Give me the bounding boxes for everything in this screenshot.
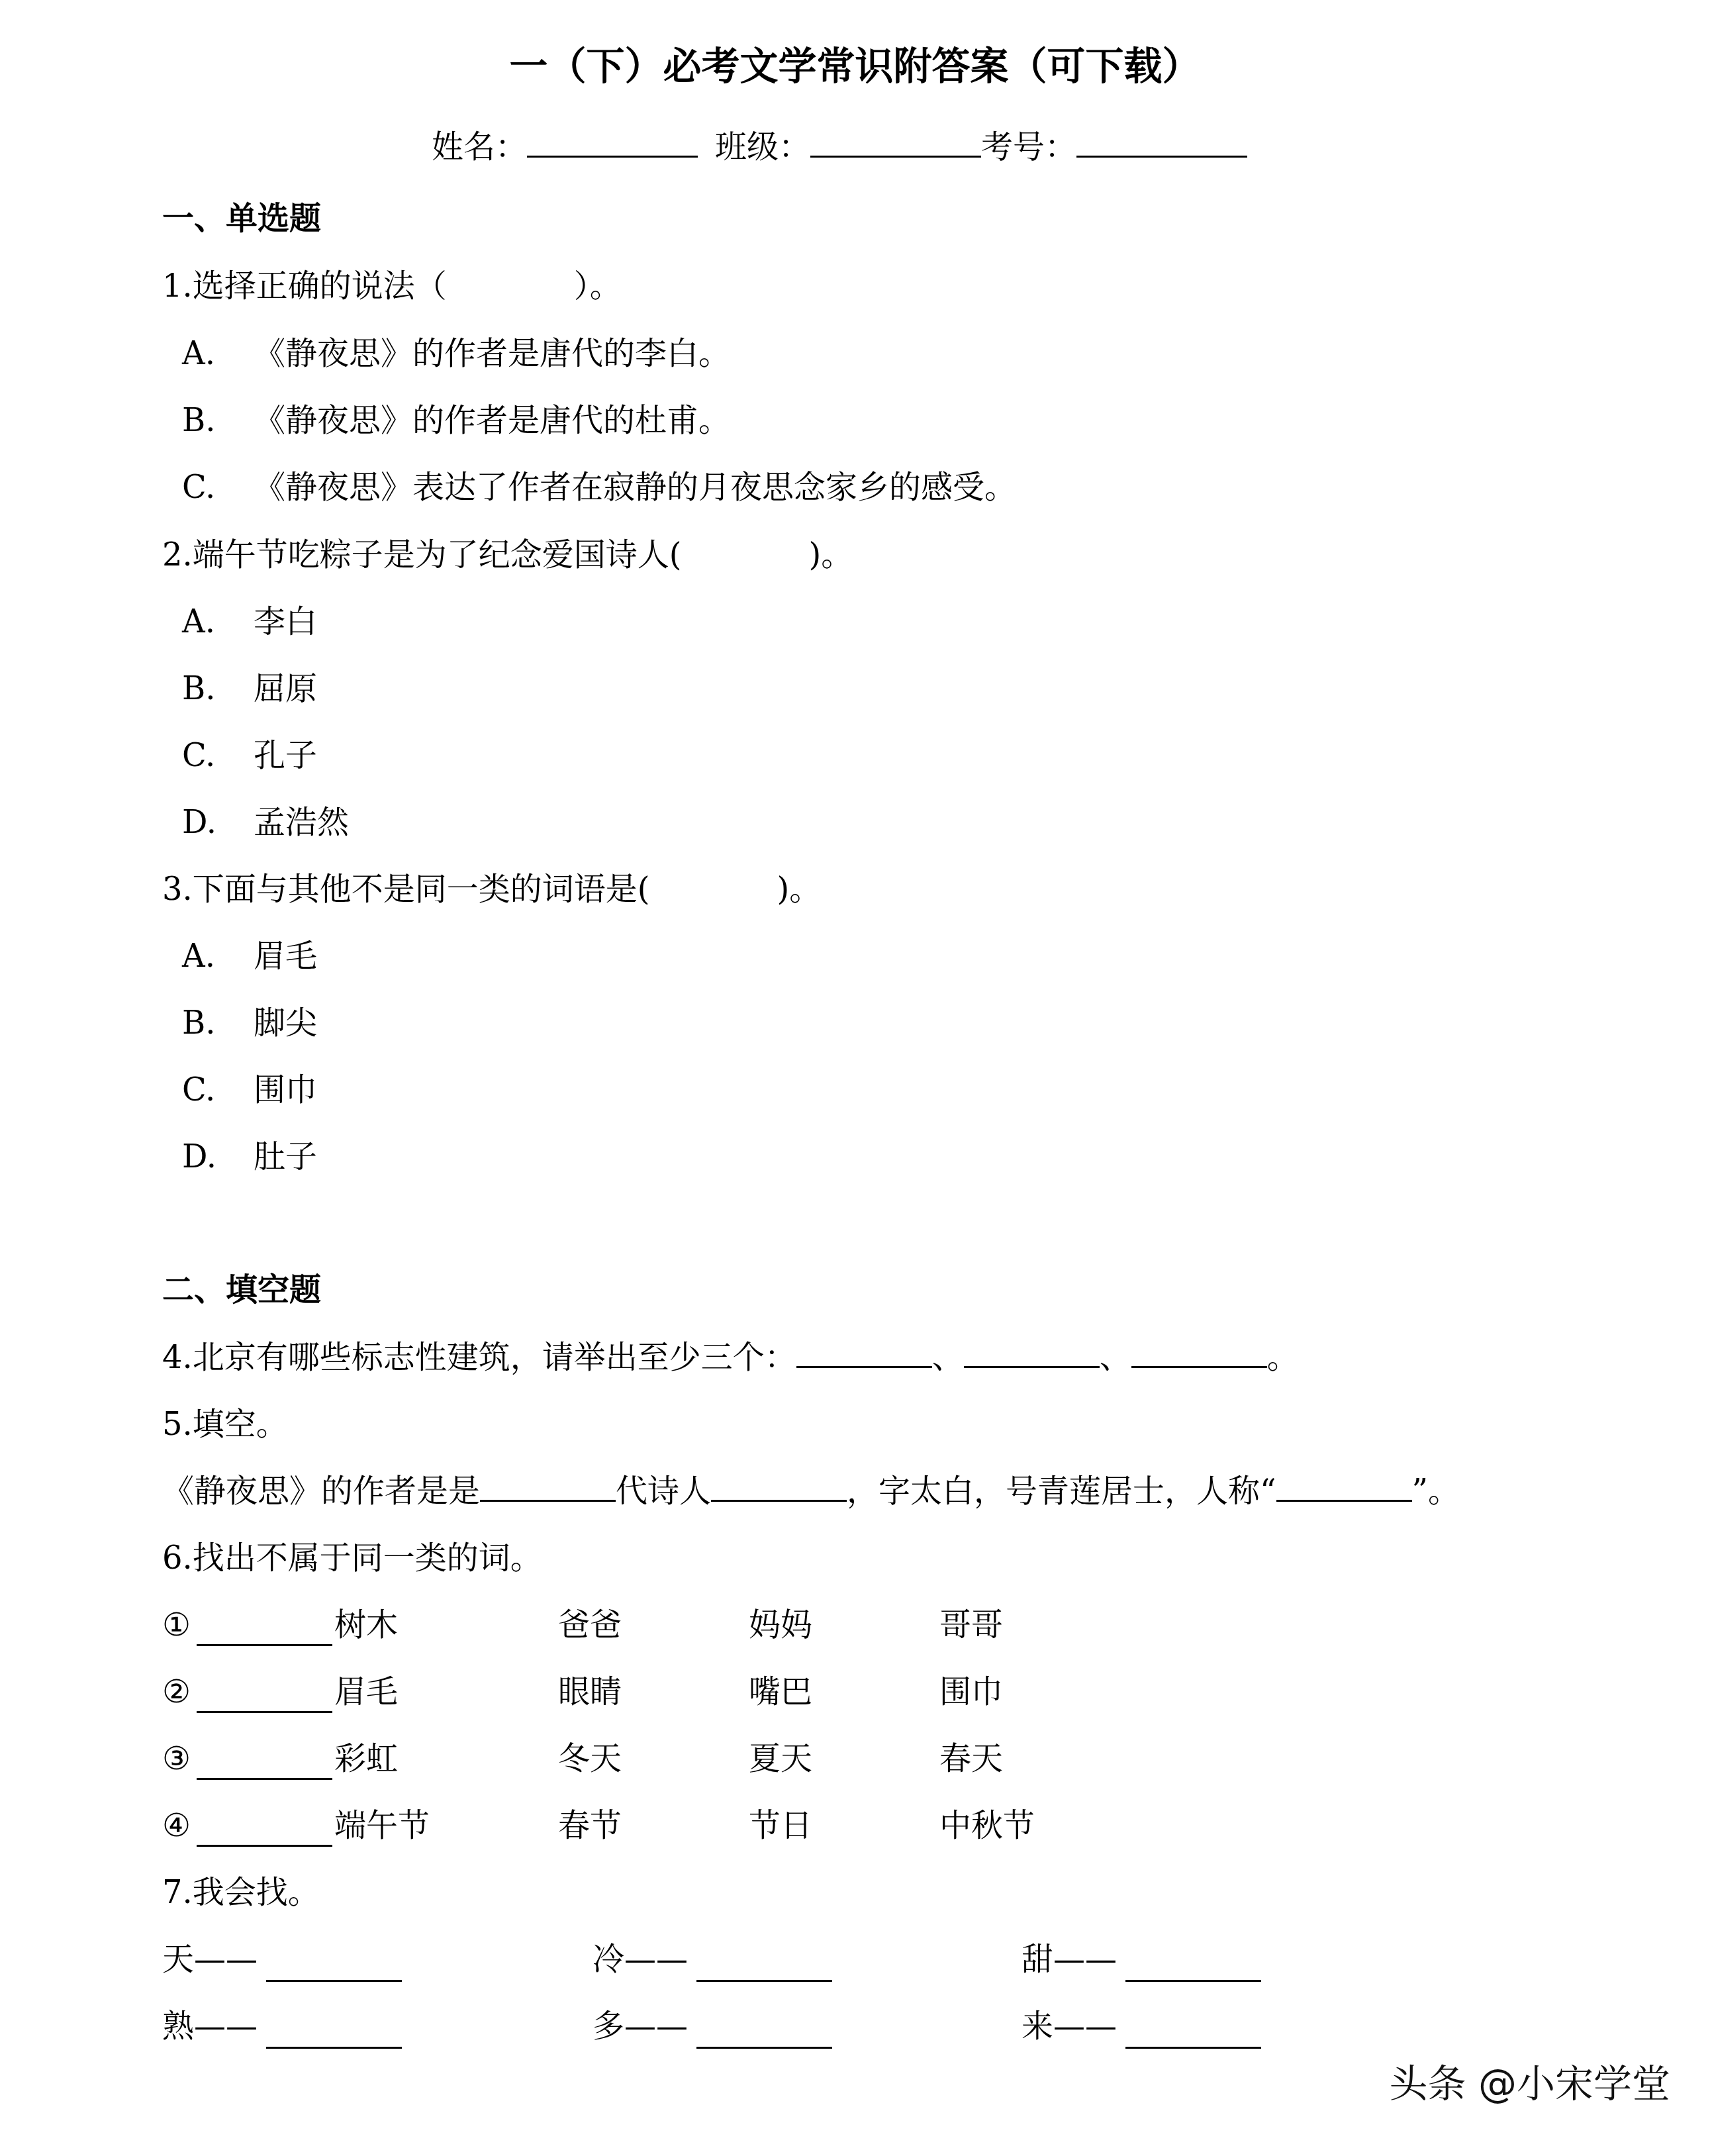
antonym-item: 熟—— — [162, 2005, 258, 2047]
antonym-item: 冷—— — [593, 1938, 688, 1981]
exam-number-label: 考号： — [981, 126, 1076, 168]
answer-blank[interactable] — [696, 1979, 832, 1982]
option-text: 孔子 — [254, 737, 317, 774]
word: 眉毛 — [334, 1671, 398, 1713]
section-heading-fill-blank: 二、填空题 — [162, 1269, 321, 1311]
text-segment: 代诗人 — [616, 1473, 711, 1510]
row-number: ① — [162, 1604, 191, 1646]
source-word: 冷 — [593, 1941, 624, 1978]
source-word: 天 — [162, 1941, 194, 1978]
word: 爸爸 — [558, 1604, 622, 1646]
option-letter: A. — [182, 601, 254, 643]
word: 冬天 — [558, 1738, 622, 1780]
antonym-row: 熟—— 多—— 来—— — [162, 2005, 1619, 2051]
answer-blank[interactable] — [197, 1710, 332, 1713]
question-4-stem: 4.北京有哪些标志性建筑，请举出至少三个： — [162, 1339, 796, 1376]
word: 节日 — [749, 1804, 812, 1847]
option-text: 眉毛 — [254, 938, 317, 975]
option-letter: B. — [182, 1002, 254, 1044]
row-number: ③ — [162, 1738, 191, 1780]
dash: —— — [194, 2008, 258, 2045]
exam-number-blank[interactable] — [1076, 155, 1247, 158]
option-letter: D. — [182, 1136, 254, 1178]
question-2-option-d[interactable]: D.孟浩然 — [182, 801, 349, 844]
question-7-stem: 7.我会找。 — [162, 1871, 320, 1914]
question-2-option-a[interactable]: A.李白 — [182, 601, 317, 643]
name-blank[interactable] — [527, 155, 698, 158]
question-2-option-c[interactable]: C.孔子 — [182, 734, 317, 777]
option-letter: C. — [182, 1069, 254, 1111]
dash: —— — [624, 1941, 688, 1978]
option-text: 《静夜思》的作者是唐代的李白。 — [254, 335, 730, 372]
option-letter: D. — [182, 801, 254, 844]
word-group-row: ③ 彩虹 冬天 夏天 春天 — [162, 1738, 1619, 1780]
question-5-body: 《静夜思》的作者是是代诗人，字太白，号青莲居士，人称“”。 — [162, 1470, 1460, 1512]
answer-blank[interactable] — [197, 1643, 332, 1646]
word: 春节 — [558, 1804, 622, 1847]
answer-blank[interactable] — [197, 1844, 332, 1847]
answer-blank[interactable] — [480, 1499, 616, 1502]
option-text: 屈原 — [254, 670, 317, 707]
option-letter: B. — [182, 399, 254, 442]
student-info-line: 姓名：班级：考号： — [432, 126, 1247, 168]
option-text: 《静夜思》的作者是唐代的杜甫。 — [254, 402, 730, 439]
dash: —— — [624, 2008, 688, 2045]
question-1-stem: 1.选择正确的说法（ ）。 — [162, 265, 622, 307]
question-3-stem: 3.下面与其他不是同一类的词语是( )。 — [162, 868, 821, 910]
question-3-option-c[interactable]: C.围巾 — [182, 1069, 317, 1111]
text-segment: ”。 — [1412, 1473, 1460, 1510]
word: 哥哥 — [939, 1604, 1003, 1646]
question-3-option-d[interactable]: D.肚子 — [182, 1136, 317, 1178]
row-number: ④ — [162, 1804, 191, 1847]
watermark: 头条 @小宋学堂 — [1390, 2061, 1670, 2107]
text-segment: ，字太白，号青莲居士，人称“ — [847, 1473, 1276, 1510]
answer-blank[interactable] — [266, 1979, 402, 1982]
question-1-option-c[interactable]: C.《静夜思》表达了作者在寂静的月夜思念家乡的感受。 — [182, 466, 1016, 509]
word: 彩虹 — [334, 1738, 398, 1780]
answer-blank[interactable] — [1125, 1979, 1261, 1982]
option-text: 《静夜思》表达了作者在寂静的月夜思念家乡的感受。 — [254, 469, 1016, 506]
answer-blank[interactable] — [964, 1365, 1100, 1368]
dash: —— — [194, 1941, 258, 1978]
question-2-stem: 2.端午节吃粽子是为了纪念爱国诗人( )。 — [162, 534, 853, 576]
period: 。 — [1267, 1339, 1299, 1376]
word-group-row: ① 树木 爸爸 妈妈 哥哥 — [162, 1604, 1619, 1646]
answer-blank[interactable] — [696, 2046, 832, 2049]
source-word: 多 — [593, 2008, 624, 2045]
word: 中秋节 — [939, 1804, 1035, 1847]
separator: 、 — [1100, 1339, 1131, 1376]
option-text: 肚子 — [254, 1138, 317, 1175]
dash: —— — [1053, 1941, 1117, 1978]
word: 围巾 — [939, 1671, 1003, 1713]
word: 春天 — [939, 1738, 1003, 1780]
question-3-option-a[interactable]: A.眉毛 — [182, 935, 317, 977]
option-text: 李白 — [254, 603, 317, 640]
word: 眼睛 — [558, 1671, 622, 1713]
question-1-option-b[interactable]: B.《静夜思》的作者是唐代的杜甫。 — [182, 399, 730, 442]
answer-blank[interactable] — [711, 1499, 847, 1502]
answer-blank[interactable] — [197, 1777, 332, 1780]
source-word: 甜 — [1021, 1941, 1053, 1978]
option-letter: A. — [182, 935, 254, 977]
section-heading-single-choice: 一、单选题 — [162, 197, 321, 240]
answer-blank[interactable] — [1131, 1365, 1267, 1368]
source-word: 熟 — [162, 2008, 194, 2045]
word-group-row: ② 眉毛 眼睛 嘴巴 围巾 — [162, 1671, 1619, 1713]
word-group-row: ④ 端午节 春节 节日 中秋节 — [162, 1804, 1619, 1847]
answer-blank[interactable] — [1276, 1499, 1412, 1502]
option-letter: A. — [182, 332, 254, 375]
word: 夏天 — [749, 1738, 812, 1780]
question-1-option-a[interactable]: A.《静夜思》的作者是唐代的李白。 — [182, 332, 730, 375]
text-segment: 《静夜思》的作者是是 — [162, 1473, 480, 1510]
document-title: 一（下）必考文学常识附答案（可下载） — [0, 41, 1710, 91]
class-label: 班级： — [715, 126, 810, 168]
class-blank[interactable] — [810, 155, 981, 158]
answer-blank[interactable] — [266, 2046, 402, 2049]
separator: 、 — [932, 1339, 964, 1376]
antonym-row: 天—— 冷—— 甜—— — [162, 1938, 1619, 1984]
word: 端午节 — [334, 1804, 430, 1847]
word: 树木 — [334, 1604, 398, 1646]
antonym-item: 天—— — [162, 1938, 258, 1981]
antonym-item: 甜—— — [1021, 1938, 1117, 1981]
question-4: 4.北京有哪些标志性建筑，请举出至少三个：、、。 — [162, 1336, 1299, 1379]
answer-blank[interactable] — [1125, 2046, 1261, 2049]
question-3-option-b[interactable]: B.脚尖 — [182, 1002, 317, 1044]
dash: —— — [1053, 2008, 1117, 2045]
option-text: 脚尖 — [254, 1004, 317, 1042]
name-label: 姓名： — [432, 126, 527, 168]
antonym-item: 来—— — [1021, 2005, 1117, 2047]
word: 嘴巴 — [749, 1671, 812, 1713]
option-letter: C. — [182, 734, 254, 777]
source-word: 来 — [1021, 2008, 1053, 2045]
word: 妈妈 — [749, 1604, 812, 1646]
option-text: 孟浩然 — [254, 804, 349, 841]
option-letter: C. — [182, 466, 254, 509]
question-5-stem: 5.填空。 — [162, 1403, 288, 1445]
antonym-item: 多—— — [593, 2005, 688, 2047]
option-letter: B. — [182, 667, 254, 710]
question-2-option-b[interactable]: B.屈原 — [182, 667, 317, 710]
answer-blank[interactable] — [796, 1365, 932, 1368]
row-number: ② — [162, 1671, 191, 1713]
question-6-stem: 6.找出不属于同一类的词。 — [162, 1537, 542, 1579]
option-text: 围巾 — [254, 1071, 317, 1108]
